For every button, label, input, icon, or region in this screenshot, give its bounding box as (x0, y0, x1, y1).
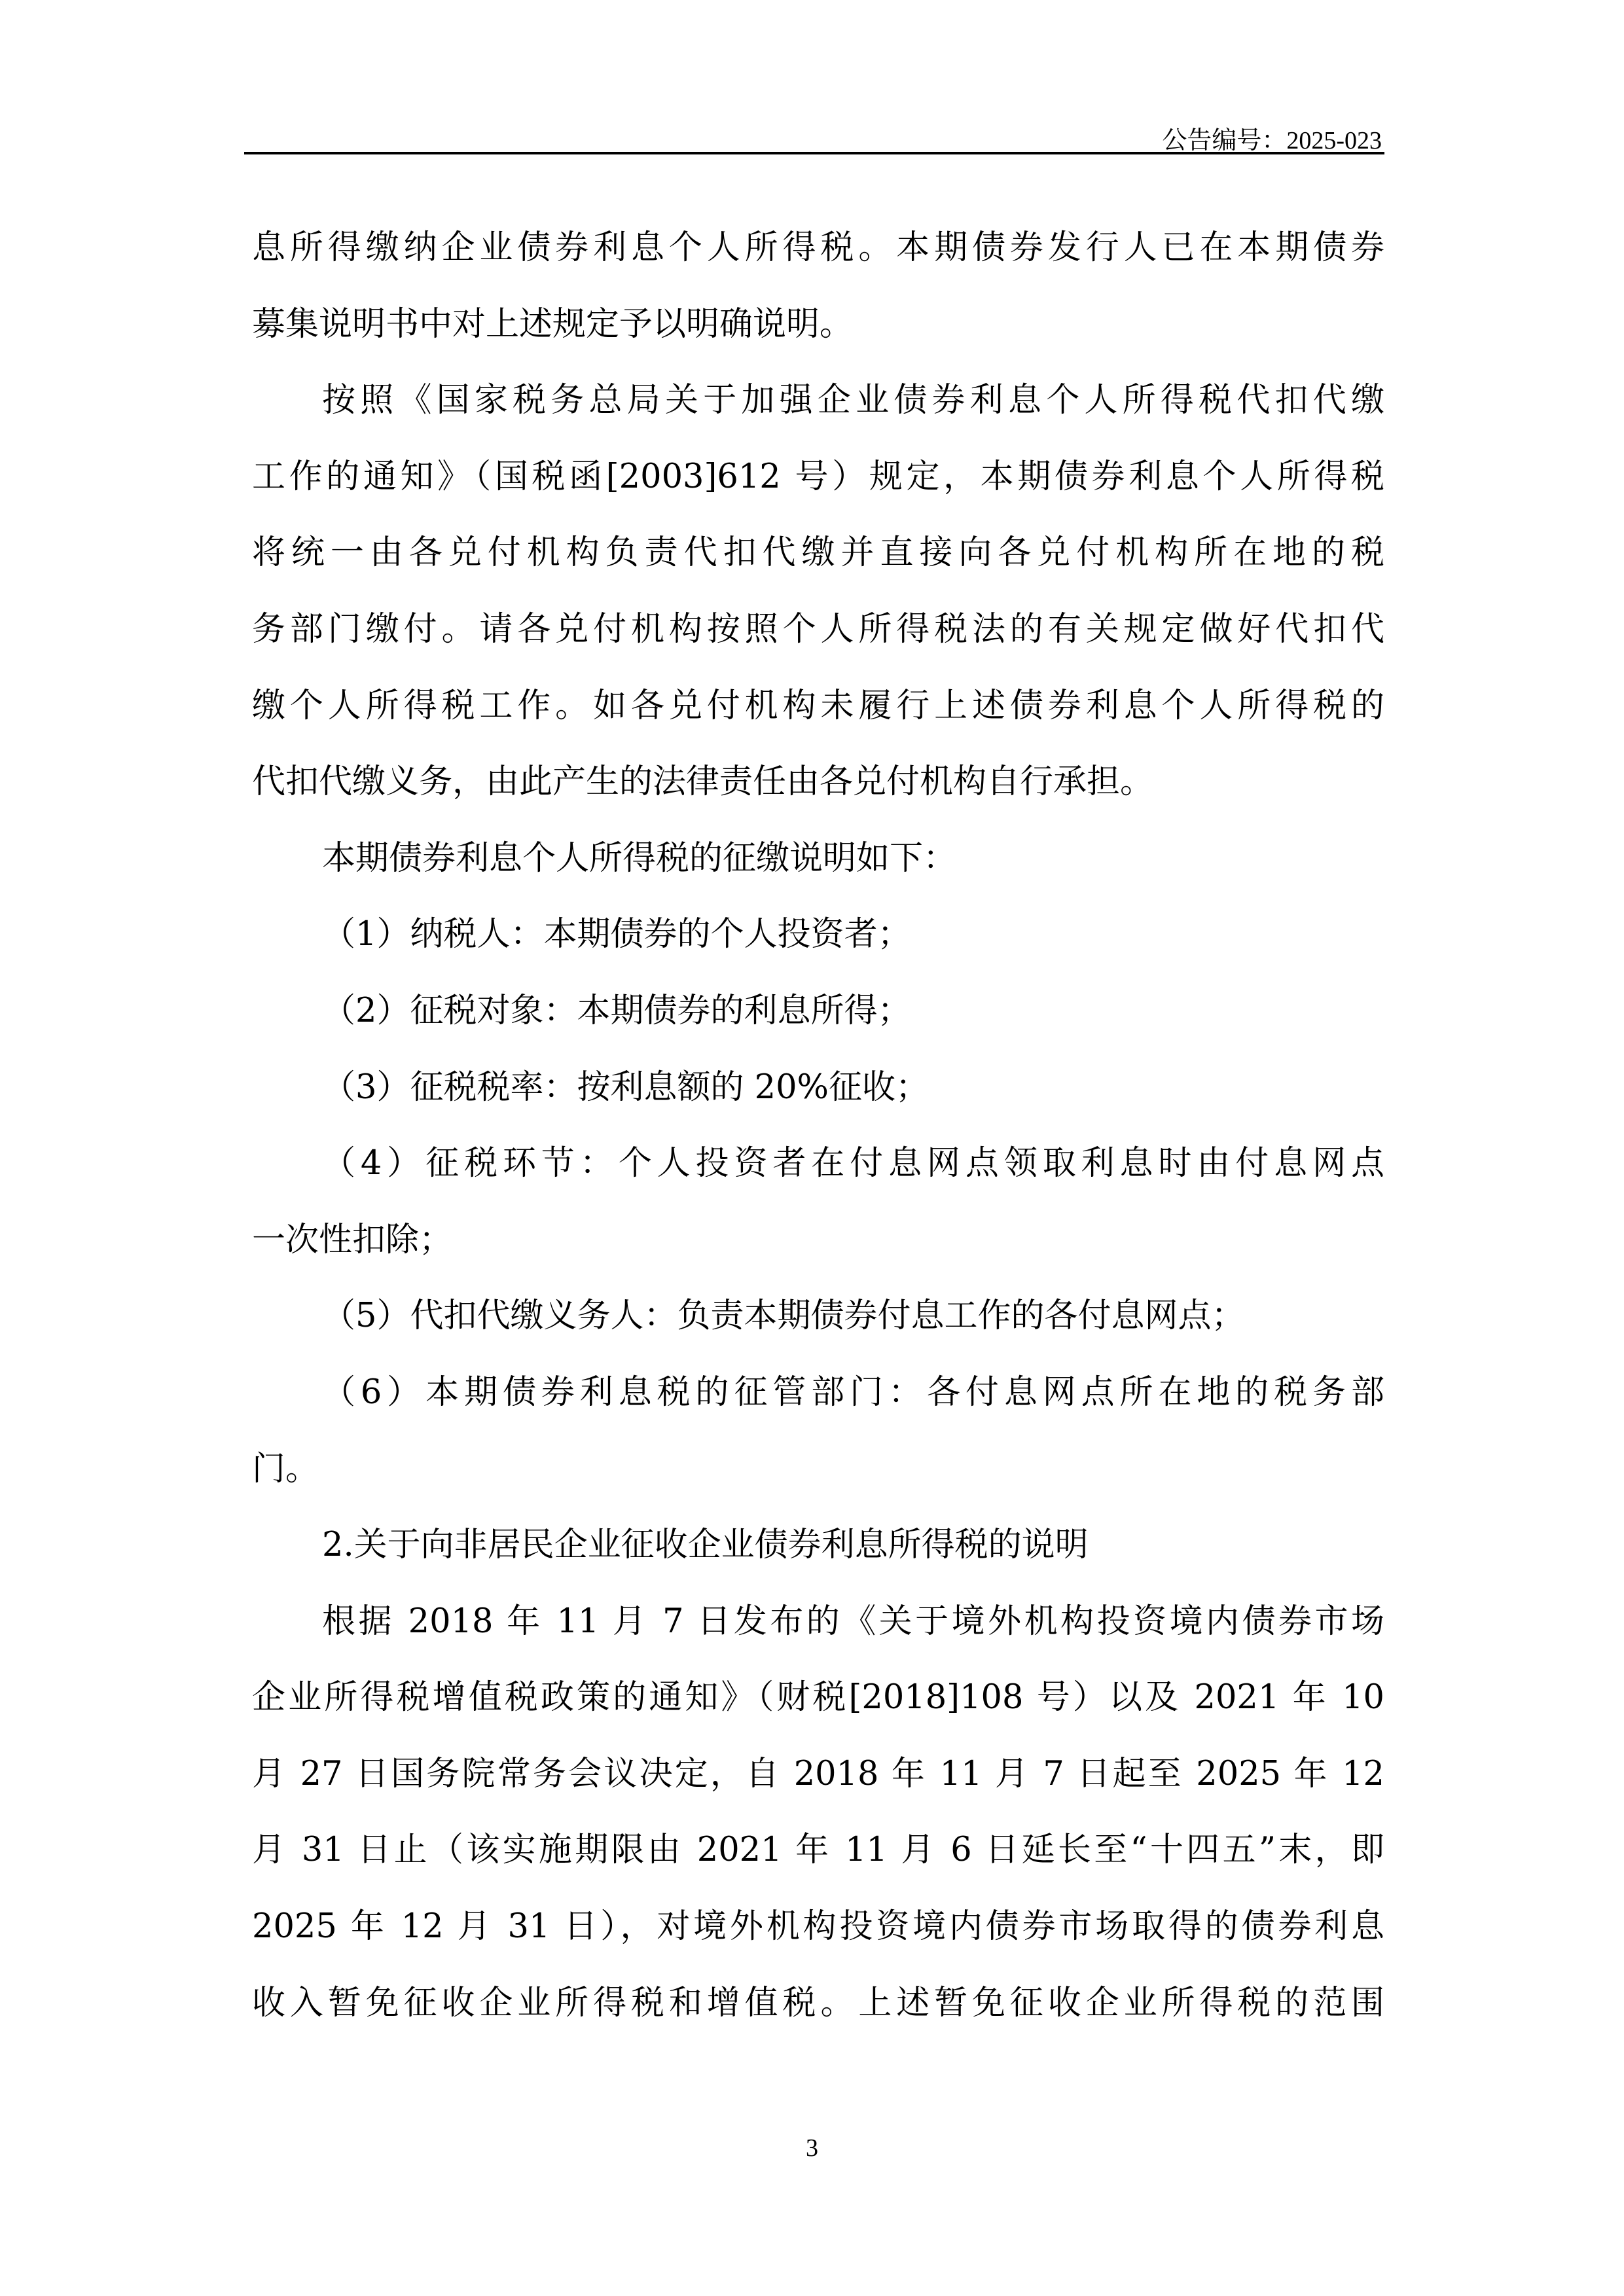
list-item-tax-stage: （4）征税环节：个人投资者在付息网点领取利息时由付息网点 (252, 1134, 1384, 1211)
body-line: 按照《国家税务总局关于加强企业债券利息个人所得税代扣代缴 (252, 371, 1384, 448)
body-line: 代扣代缴义务，由此产生的法律责任由各兑付机构自行承担。 (252, 753, 1384, 829)
body-line: 月 27 日国务院常务会议决定，自 2018 年 11 月 7 日起至 2025… (252, 1745, 1384, 1821)
section-heading: 2.关于向非居民企业征收企业债券利息所得税的说明 (252, 1516, 1384, 1592)
body-line: 企业所得税增值税政策的通知》（财税[2018]108 号）以及 2021 年 1… (252, 1668, 1384, 1745)
announcement-number: 公告编号：2025-023 (1162, 120, 1382, 156)
list-item-tax-stage-cont: 一次性扣除； (252, 1211, 1384, 1287)
list-item-taxpayer: （1）纳税人：本期债券的个人投资者； (252, 905, 1384, 982)
body-line: 收入暂免征收企业所得税和增值税。上述暂免征收企业所得税的范围 (252, 1974, 1384, 2051)
body-line: 息所得缴纳企业债券利息个人所得税。本期债券发行人已在本期债券 (252, 219, 1384, 295)
body-line: 募集说明书中对上述规定予以明确说明。 (252, 295, 1384, 372)
list-item-withholding-agent: （5）代扣代缴义务人：负责本期债券付息工作的各付息网点； (252, 1287, 1384, 1363)
body-line: 工作的通知》（国税函[2003]612 号）规定，本期债券利息个人所得税 (252, 448, 1384, 524)
body-line: 缴个人所得税工作。如各兑付机构未履行上述债券利息个人所得税的 (252, 677, 1384, 753)
body-line: 根据 2018 年 11 月 7 日发布的《关于境外机构投资境内债券市场 (252, 1592, 1384, 1669)
header-divider (244, 152, 1384, 154)
body-line: 务部门缴付。请各兑付机构按照个人所得税法的有关规定做好代扣代 (252, 600, 1384, 677)
document-body: 息所得缴纳企业债券利息个人所得税。本期债券发行人已在本期债券 募集说明书中对上述… (252, 219, 1384, 2050)
body-line: 月 31 日止（该实施期限由 2021 年 11 月 6 日延长至“十四五”末，… (252, 1821, 1384, 1897)
body-line: 2025 年 12 月 31 日），对境外机构投资境内债券市场取得的债券利息 (252, 1897, 1384, 1974)
list-item-tax-rate: （3）征税税率：按利息额的 20%征收； (252, 1058, 1384, 1135)
list-item-tax-authority-cont: 门。 (252, 1440, 1384, 1516)
page-number: 3 (0, 2134, 1624, 2162)
list-item-tax-object: （2）征税对象：本期债券的利息所得； (252, 982, 1384, 1058)
body-line: 将统一由各兑付机构负责代扣代缴并直接向各兑付机构所在地的税 (252, 524, 1384, 600)
body-line: 本期债券利息个人所得税的征缴说明如下： (252, 829, 1384, 906)
list-item-tax-authority: （6）本期债券利息税的征管部门：各付息网点所在地的税务部 (252, 1363, 1384, 1440)
